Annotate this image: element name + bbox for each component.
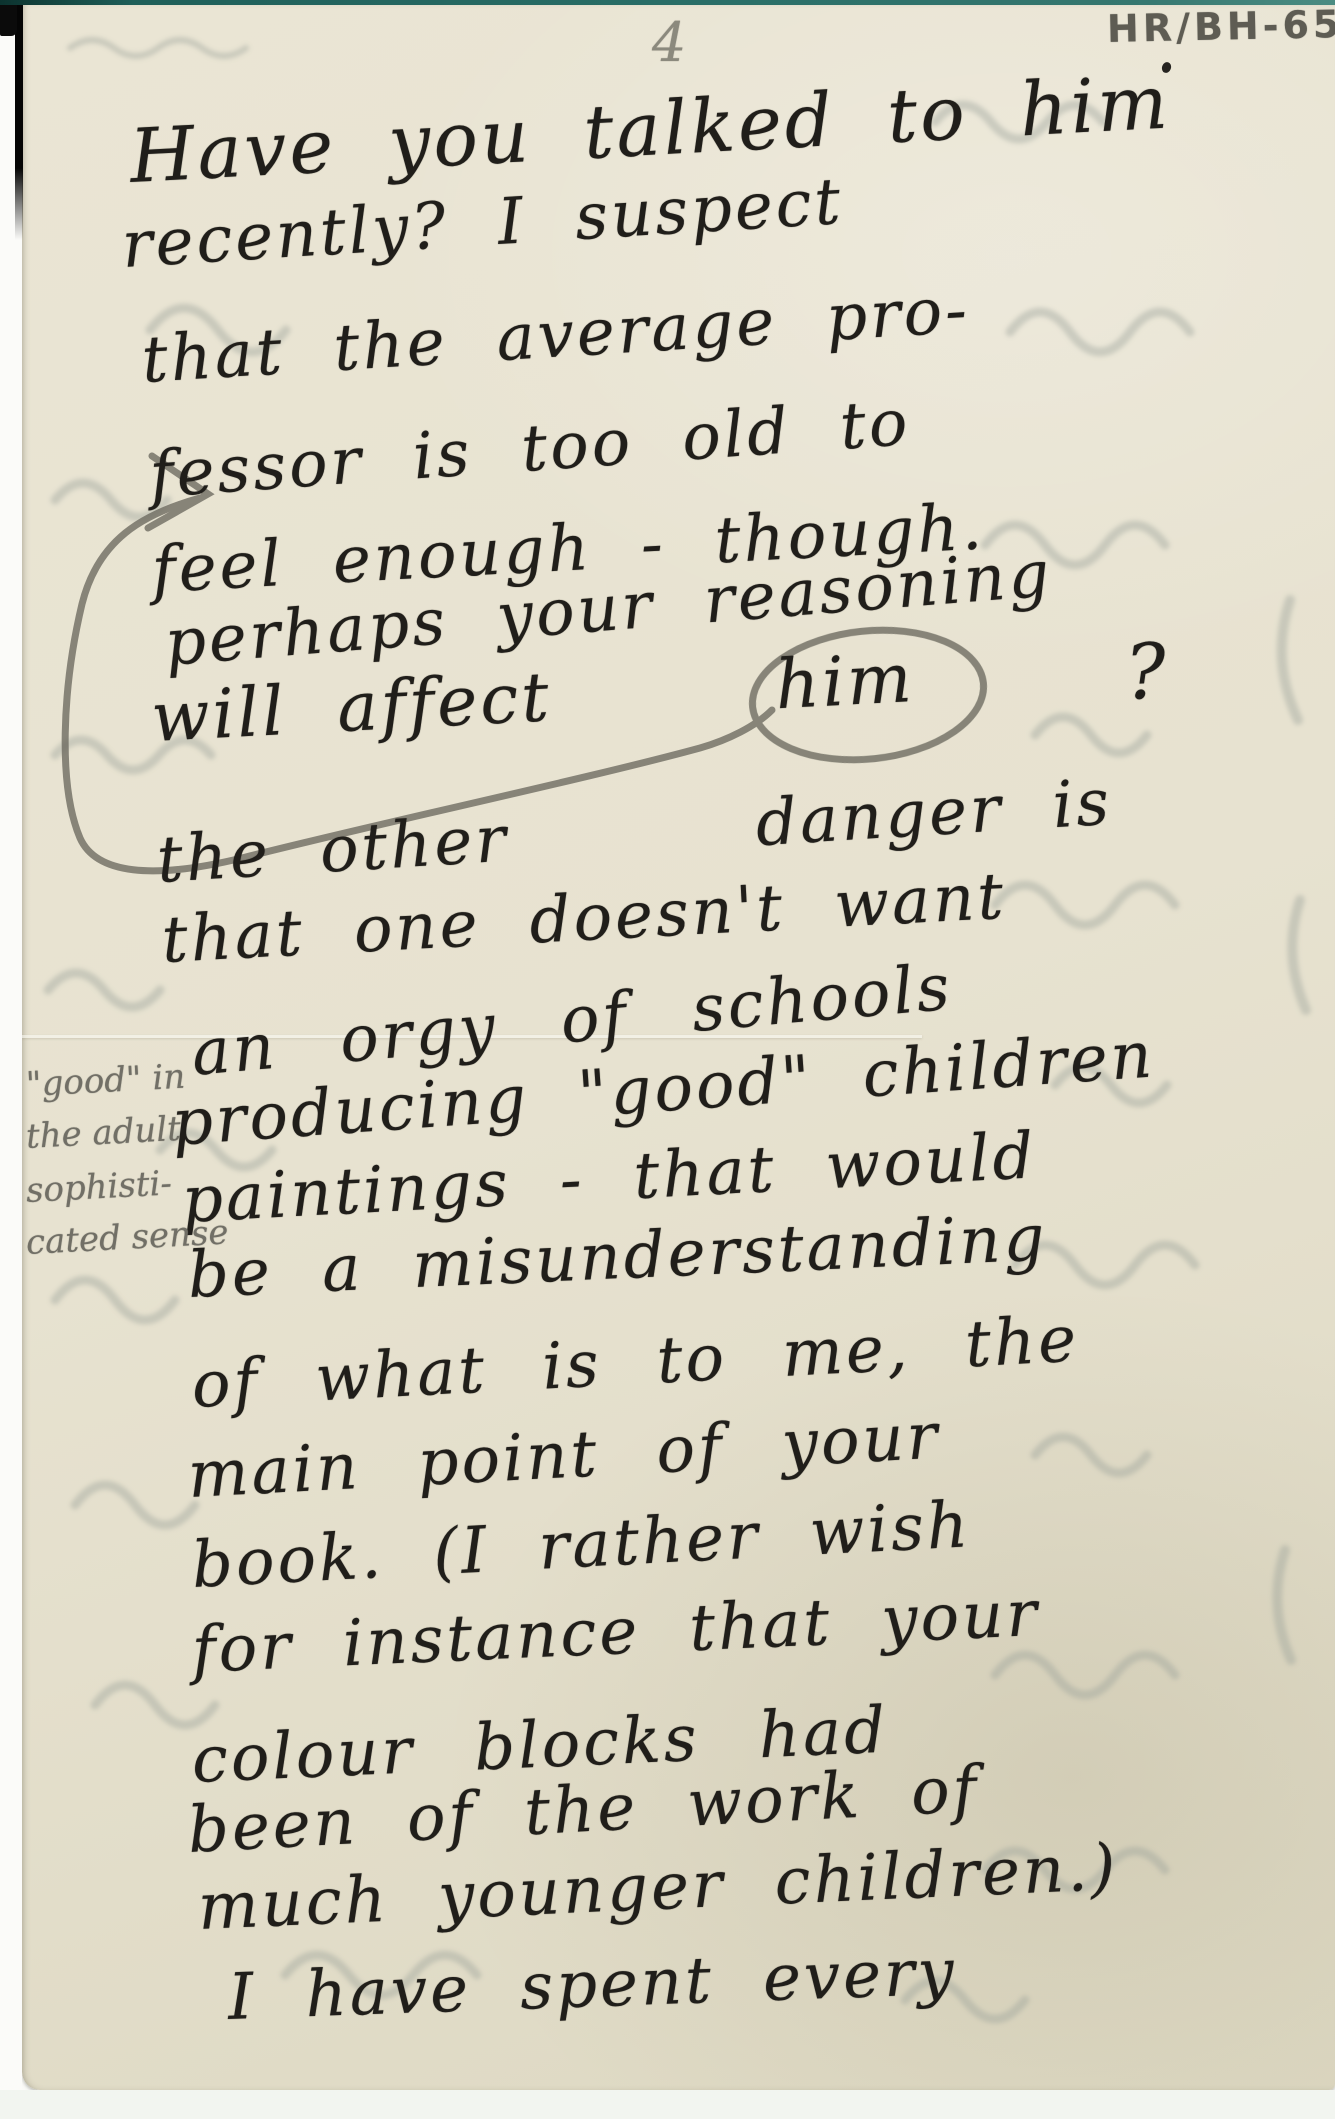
scanned-letter-page: 4 HR/BH-65 Have you talked to him recent… [0,0,1335,2119]
scan-left-margin [0,0,22,2119]
margin-note-line: "good" in [25,1060,186,1102]
scan-top-edge-strip [0,0,1335,5]
margin-note-line: the adult [25,1112,182,1154]
scan-edge-black-bar [15,0,23,240]
circled-word-him: him [774,640,917,725]
margin-note-line: cated sense [25,1215,229,1260]
scan-corner-black-mark [0,0,17,36]
question-mark: ? [1123,627,1171,717]
margin-note-line: sophisti- [25,1166,173,1208]
archive-reference-code: HR/BH-65 [1106,5,1335,48]
scan-bottom-margin [0,2090,1335,2119]
page-number: 4 [652,16,686,70]
